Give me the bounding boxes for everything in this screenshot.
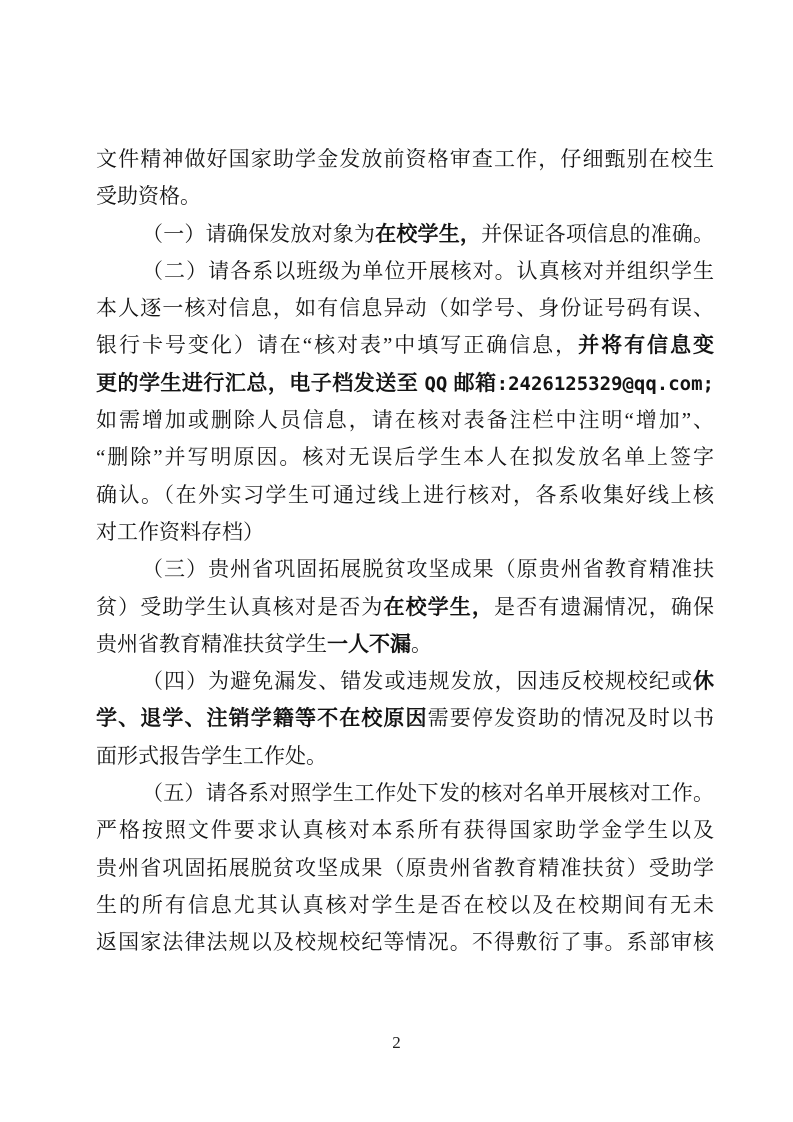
bold-text-run: 更的学生进行汇总，电子档发送至 — [96, 372, 424, 395]
text-run: 对工作资料存档） — [96, 520, 264, 544]
text-run: （二）请各系以班级为单位开展核对。认真核对并组织学生 — [142, 259, 714, 283]
text-run: “删除”并写明原因。核对无误后学生本人在拟发放名单上签字 — [96, 445, 714, 469]
text-run: （一）请确保发放对象为 — [142, 222, 375, 246]
text-run: 文件精神做好国家助学金发放前资格审查工作，仔细甄别在校生 — [96, 147, 714, 171]
text-run: 如需增加或删除人员信息，请在核对表备注栏中注明“增加”、 — [96, 408, 714, 432]
text-line: 严格按照文件要求认真核对本系所有获得国家助学金学生以及 — [96, 812, 714, 849]
document-body: 文件精神做好国家助学金发放前资格审查工作，仔细甄别在校生受助资格。（一）请确保发… — [96, 141, 714, 962]
text-line: （四）为避免漏发、错发或违规发放，因违反校规校纪或休 — [96, 663, 714, 700]
text-run: （五）请各系对照学生工作处下发的核对名单开展核对工作。 — [142, 781, 714, 805]
text-line: 返国家法律法规以及校规校纪等情况。不得敷衍了事。系部审核 — [96, 924, 714, 961]
text-line: 对工作资料存档） — [96, 514, 714, 551]
page-number: 2 — [392, 1033, 401, 1052]
text-line: （三）贵州省巩固拓展脱贫攻坚成果（原贵州省教育精准扶 — [96, 551, 714, 588]
text-run: 本人逐一核对信息，如有信息异动（如学号、身份证号码有误、 — [96, 296, 714, 320]
text-run: 贵州省教育精准扶贫学生 — [96, 632, 327, 656]
text-run: 面形式报告学生工作处。 — [96, 744, 327, 768]
text-run: 确认。（在外实习学生可通过线上进行核对，各系收集好线上核 — [96, 483, 714, 507]
text-line: 更的学生进行汇总，电子档发送至 QQ 邮箱:2426125329@qq.com; — [96, 365, 714, 402]
text-run: 银行卡号变化）请在“核对表”中填写正确信息， — [96, 333, 578, 357]
text-run: 严格按照文件要求认真核对本系所有获得国家助学金学生以及 — [96, 818, 714, 842]
text-run: 。 — [411, 632, 432, 656]
text-line: （五）请各系对照学生工作处下发的核对名单开展核对工作。 — [96, 775, 714, 812]
text-line: 受助资格。 — [96, 178, 714, 215]
text-run: （四）为避免漏发、错发或违规发放，因违反校规校纪或 — [142, 669, 693, 693]
text-line: 银行卡号变化）请在“核对表”中填写正确信息，并将有信息变 — [96, 327, 714, 364]
bold-text-run: 在校学生， — [383, 596, 494, 619]
page-footer: 2 — [0, 1033, 793, 1053]
text-run: 贵州省巩固拓展脱贫攻坚成果（原贵州省教育精准扶贫）受助学 — [96, 856, 714, 880]
text-line: 面形式报告学生工作处。 — [96, 738, 714, 775]
text-line: 贵州省教育精准扶贫学生一人不漏。 — [96, 626, 714, 663]
text-line: 贵州省巩固拓展脱贫攻坚成果（原贵州省教育精准扶贫）受助学 — [96, 850, 714, 887]
bold-text-run: 在校学生， — [375, 223, 481, 246]
text-line: 生的所有信息尤其认真核对学生是否在校以及在校期间有无未 — [96, 887, 714, 924]
bold-text-run: :2426125329@qq.com; — [497, 373, 714, 395]
text-run: 需要停发资助的情况及时以书 — [428, 706, 714, 730]
bold-text-run: 学、退学、注销学籍等不在校原因 — [96, 707, 428, 730]
text-run: 生的所有信息尤其认真核对学生是否在校以及在校期间有无未 — [96, 893, 714, 917]
text-line: 学、退学、注销学籍等不在校原因需要停发资助的情况及时以书 — [96, 700, 714, 737]
text-line: 如需增加或删除人员信息，请在核对表备注栏中注明“增加”、 — [96, 402, 714, 439]
text-run: 是否有遗漏情况，确保 — [494, 595, 714, 619]
text-line: 确认。（在外实习学生可通过线上进行核对，各系收集好线上核 — [96, 477, 714, 514]
bold-text-run: 休 — [693, 670, 714, 693]
text-run: （三）贵州省巩固拓展脱贫攻坚成果（原贵州省教育精准扶 — [142, 557, 714, 581]
text-run: 返国家法律法规以及校规校纪等情况。不得敷衍了事。系部审核 — [96, 930, 714, 954]
text-line: 本人逐一核对信息，如有信息异动（如学号、身份证号码有误、 — [96, 290, 714, 327]
text-run: 受助资格。 — [96, 184, 201, 208]
text-line: “删除”并写明原因。核对无误后学生本人在拟发放名单上签字 — [96, 439, 714, 476]
text-line: 贫）受助学生认真核对是否为在校学生，是否有遗漏情况，确保 — [96, 589, 714, 626]
bold-text-run: 一人不漏 — [327, 633, 411, 656]
bold-text-run: 邮箱 — [447, 372, 496, 395]
bold-text-run: QQ — [424, 373, 447, 395]
text-line: 文件精神做好国家助学金发放前资格审查工作，仔细甄别在校生 — [96, 141, 714, 178]
document-page: 文件精神做好国家助学金发放前资格审查工作，仔细甄别在校生受助资格。（一）请确保发… — [0, 0, 793, 1122]
text-run: 并保证各项信息的准确。 — [481, 222, 714, 246]
text-line: （一）请确保发放对象为在校学生，并保证各项信息的准确。 — [96, 216, 714, 253]
text-run: 贫）受助学生认真核对是否为 — [96, 595, 383, 619]
bold-text-run: 并将有信息变 — [578, 334, 714, 357]
text-line: （二）请各系以班级为单位开展核对。认真核对并组织学生 — [96, 253, 714, 290]
